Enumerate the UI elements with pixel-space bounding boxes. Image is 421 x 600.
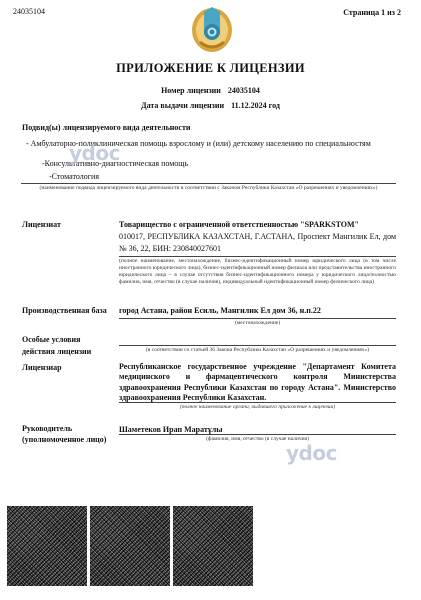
production-base-value: город Астана, район Есиль, Мангилик Ел д… [119,305,396,317]
divider [119,402,396,403]
subtypes-caption: (наименование подвида лицензируемого вид… [21,185,396,192]
qr-code-icon [7,506,87,586]
divider [119,345,396,346]
divider [21,183,396,184]
qr-code-icon [173,506,253,586]
divider [119,318,396,319]
license-date-label: Дата выдачи лицензии [141,101,224,110]
licensor-value: Республиканское государственное учрежден… [119,362,396,404]
special-conditions-label: Особые условия действия лицензии [22,334,112,358]
watermark: ydoc [69,141,120,165]
production-base-label: Производственная база [22,305,107,317]
divider [119,434,396,435]
license-number-label: Номер лицензии [161,86,221,95]
subtype-item: -Стоматология [49,172,99,181]
divider [119,256,396,257]
license-date-row: Дата выдачи лицензии 11.12.2024 год [0,101,421,110]
license-date-value: 11.12.2024 год [231,101,280,110]
licensor-label: Лицензиар [22,362,62,374]
license-number-value: 24035104 [228,86,260,95]
head-label: Руководитель (уполномоченное лицо) [22,424,122,446]
production-base-caption: (местонахождение) [119,320,396,327]
licensee-caption: (полное наименование, местонахождение, б… [119,258,396,286]
document-number: 24035104 [13,7,45,16]
qr-code-icon [90,506,170,586]
page-indicator: Страница 1 из 2 [343,8,401,17]
licensee-name: Товарищество с ограниченной ответственно… [119,219,396,231]
licensee-address: 010017, РЕСПУБЛИКА КАЗАХСТАН, Г.АСТАНА, … [119,231,396,254]
subtypes-title: Подвид(ы) лицензируемого вида деятельнос… [22,123,191,132]
license-number-row: Номер лицензии 24035104 [0,86,421,95]
licensor-caption: (полное наименование органа, выдавшего п… [119,404,396,411]
licensee-label: Лицензиат [22,219,61,231]
special-conditions-caption: (в соответствии со статьей 36 Закона Рес… [119,347,396,354]
head-caption: (фамилия, имя, отчество (в случае наличи… [119,436,396,443]
page-title: ПРИЛОЖЕНИЕ К ЛИЦЕНЗИИ [0,61,421,76]
state-emblem-icon [190,4,234,54]
watermark: ydoc [286,441,337,465]
